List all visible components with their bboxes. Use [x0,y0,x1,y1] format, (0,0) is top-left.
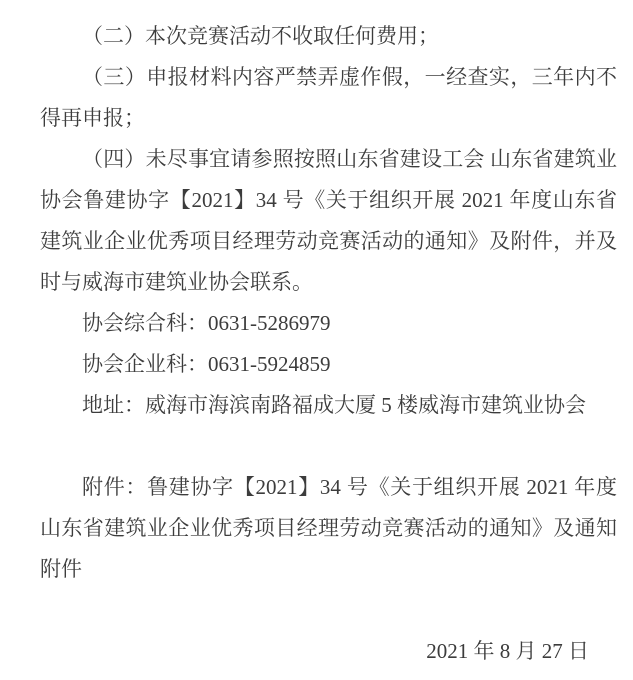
date-line: 2021 年 8 月 27 日 [40,631,617,672]
contact-general-office-line: 协会综合科：0631-5286979 [40,303,617,344]
attachment-note-paragraph: 附件：鲁建协字【2021】34 号《关于组织开展 2021 年度山东省建筑业企业… [40,467,617,590]
clause-4-paragraph: （四）未尽事宜请参照按照山东省建设工会 山东省建筑业协会鲁建协字【2021】34… [40,139,617,303]
contact-enterprise-office-line: 协会企业科：0631-5924859 [40,344,617,385]
address-line: 地址：威海市海滨南路福成大厦 5 楼威海市建筑业协会 [40,385,617,426]
clause-2-paragraph: （二）本次竞赛活动不收取任何费用； [40,16,617,57]
clause-3-paragraph: （三）申报材料内容严禁弄虚作假，一经查实，三年内不得再申报； [40,57,617,139]
document-page: （二）本次竞赛活动不收取任何费用； （三）申报材料内容严禁弄虚作假，一经查实，三… [0,0,633,680]
